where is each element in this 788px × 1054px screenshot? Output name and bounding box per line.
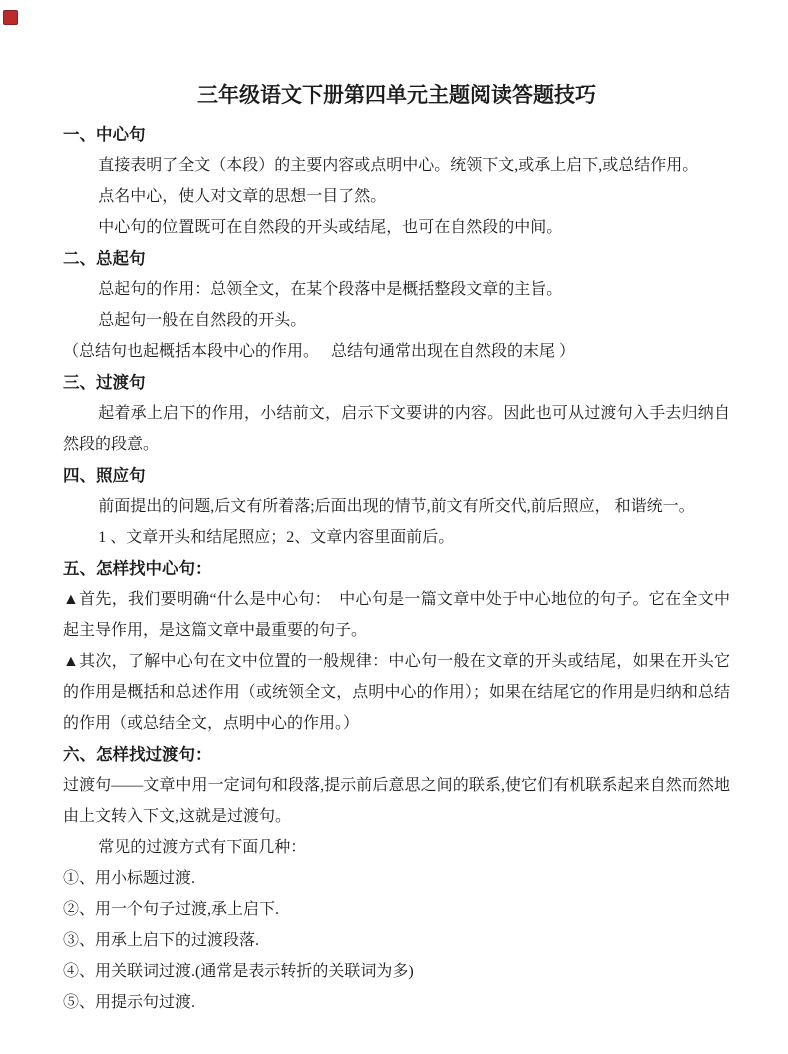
paragraph: 中心句的位置既可在自然段的开头或结尾，也可在自然段的中间。 [63, 212, 730, 243]
list-item: ③、用承上启下的过渡段落. [63, 925, 730, 956]
list-item: ②、用一个句子过渡,承上启下. [63, 894, 730, 925]
document-title: 三年级语文下册第四单元主题阅读答题技巧 [63, 80, 730, 111]
paragraph: （总结句也起概括本段中心的作用。 总结句通常出现在自然段的末尾 ） [63, 336, 730, 367]
document-page: 三年级语文下册第四单元主题阅读答题技巧 一、中心句 直接表明了全文（本段）的主要… [0, 0, 788, 1054]
list-item: ④、用关联词过渡.(通常是表示转折的关联词为多) [63, 956, 730, 987]
section-echo-sentence: 四、照应句 前面提出的问题,后文有所着落;后面出现的情节,前文有所交代,前后照应… [63, 460, 730, 553]
paragraph: 1 、文章开头和结尾照应；2、文章内容里面前后。 [63, 522, 730, 553]
paragraph: 点名中心，使人对文章的思想一目了然。 [63, 181, 730, 212]
section-heading: 一、中心句 [63, 119, 730, 150]
document-body: 三年级语文下册第四单元主题阅读答题技巧 一、中心句 直接表明了全文（本段）的主要… [0, 0, 788, 1018]
paragraph: ▲首先，我们要明确“什么是中心句： 中心句是一篇文章中处于中心地位的句子。它在全… [63, 584, 730, 646]
section-heading: 五、怎样找中心句： [63, 553, 730, 584]
list-item: ⑤、用提示句过渡. [63, 987, 730, 1018]
section-how-to-find-center-sentence: 五、怎样找中心句： ▲首先，我们要明确“什么是中心句： 中心句是一篇文章中处于中… [63, 553, 730, 739]
section-center-sentence: 一、中心句 直接表明了全文（本段）的主要内容或点明中心。统领下文,或承上启下,或… [63, 119, 730, 243]
paragraph: 常见的过渡方式有下面几种： [63, 832, 730, 863]
section-heading: 三、过渡句 [63, 367, 730, 398]
paragraph: 过渡句——文章中用一定词句和段落,提示前后意思之间的联系,使它们有机联系起来自然… [63, 770, 730, 832]
section-opening-sentence: 二、总起句 总起句的作用：总领全文，在某个段落中是概括整段文章的主旨。 总起句一… [63, 243, 730, 367]
section-heading: 四、照应句 [63, 460, 730, 491]
paragraph: 前面提出的问题,后文有所着落;后面出现的情节,前文有所交代,前后照应， 和谐统一… [63, 491, 730, 522]
red-square-icon [3, 10, 18, 25]
section-heading: 二、总起句 [63, 243, 730, 274]
section-heading: 六、怎样找过渡句： [63, 739, 730, 770]
paragraph: 直接表明了全文（本段）的主要内容或点明中心。统领下文,或承上启下,或总结作用。 [63, 150, 730, 181]
list-item: ①、用小标题过渡. [63, 863, 730, 894]
paragraph: 起着承上启下的作用，小结前文，启示下文要讲的内容。因此也可从过渡句入手去归纳自然… [63, 398, 730, 460]
section-transition-sentence: 三、过渡句 起着承上启下的作用，小结前文，启示下文要讲的内容。因此也可从过渡句入… [63, 367, 730, 460]
paragraph: ▲其次，了解中心句在文中位置的一般规律：中心句一般在文章的开头或结尾，如果在开头… [63, 646, 730, 739]
section-how-to-find-transition-sentence: 六、怎样找过渡句： 过渡句——文章中用一定词句和段落,提示前后意思之间的联系,使… [63, 739, 730, 1018]
paragraph: 总起句一般在自然段的开头。 [63, 305, 730, 336]
paragraph: 总起句的作用：总领全文，在某个段落中是概括整段文章的主旨。 [63, 274, 730, 305]
